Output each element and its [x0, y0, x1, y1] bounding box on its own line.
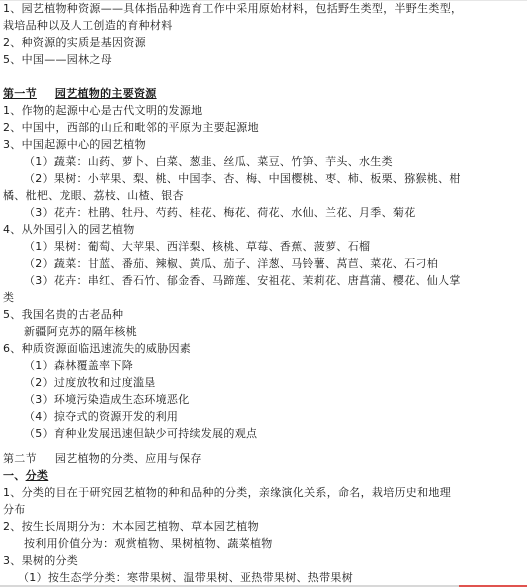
- s1-item-5: 5、我国名贵的古老品种: [3, 306, 123, 323]
- intro-line-1: 1、园艺植物种资源——具体指品种选育工作中采用原始材料，包括野生类型，半野生类型…: [3, 0, 462, 17]
- s1-item-6-4: （4）掠夺式的资源开发的利用: [24, 408, 178, 425]
- section1-heading-num: 第一节: [3, 87, 37, 100]
- intro-line-1-cont: 栽培品种以及人工创造的育种材料: [3, 17, 173, 34]
- s1-item-5-1: 新疆阿克苏的隔年核桃: [24, 323, 137, 340]
- s1-item-4-1: （1）果树：葡萄、大苹果、西洋梨、核桃、草莓、香蕉、菠萝、石榴: [24, 238, 370, 255]
- intro-line-3: 5、中国——园林之母: [3, 51, 112, 68]
- s2-item-2: 2、按生长周期分为：木本园艺植物、草本园艺植物: [3, 518, 259, 535]
- s1-item-1: 1、作物的起源中心是古代文明的发源地: [3, 102, 202, 119]
- section2-subheading: 一、分类: [3, 467, 48, 484]
- s1-item-6-5: （5）育种业发展迅速但缺少可持续发展的观点: [24, 425, 257, 442]
- s2-item-2-b: 按利用价值分为：观赏植物、果树植物、蔬菜植物: [24, 535, 273, 552]
- s2-item-3-1: （1）按生态学分类：寒带果树、温带果树、亚热带果树、热带果树: [18, 569, 353, 586]
- s1-item-2: 2、中国中，西部的山丘和毗邻的平原为主要起源地: [3, 119, 259, 136]
- s1-item-4: 4、从外国引入的园艺植物: [3, 221, 135, 238]
- s1-item-4-2: （2）蔬菜：甘蓝、番茄、辣椒、黄瓜、茄子、洋葱、马铃薯、莴苣、菜花、石刁柏: [24, 255, 438, 272]
- s2-item-3: 3、果树的分类: [3, 552, 78, 569]
- s1-item-3: 3、中国起源中心的园艺植物: [3, 136, 146, 153]
- section2-heading: 第二节园艺植物的分类、应用与保存: [3, 450, 202, 467]
- s1-item-3-3: （3）花卉：杜鹃、牡丹、芍药、桂花、梅花、荷花、水仙、兰花、月季、菊花: [24, 204, 416, 221]
- intro-line-2: 2、种资源的实质是基因资源: [3, 34, 146, 51]
- section1-heading-title: 园艺植物的主要资源: [55, 87, 157, 100]
- s1-item-4-3: （3）花卉：串红、香石竹、郁金香、马蹄莲、安祖花、茉莉花、唐菖蒲、樱花、仙人掌: [24, 272, 461, 289]
- s1-item-4-3-cont: 类: [3, 289, 14, 306]
- s1-item-6: 6、种质资源面临迅速流失的威胁因素: [3, 340, 191, 357]
- section1-heading: 第一节园艺植物的主要资源: [3, 85, 157, 102]
- s1-item-3-2: （2）果树：小苹果、梨、桃、中国李、杏、梅、中国樱桃、枣、柿、板栗、猕猴桃、柑: [24, 170, 461, 187]
- subheading-title: 分类: [26, 469, 49, 482]
- s2-item-1-cont: 分布: [3, 501, 26, 518]
- s1-item-3-1: （1）蔬菜：山药、萝卜、白菜、葱韭、丝瓜、菜豆、竹笋、芋头、水生类: [24, 153, 393, 170]
- s1-item-6-3: （3）环境污染造成生态环境恶化: [24, 391, 190, 408]
- subheading-prefix: 一、: [3, 469, 26, 482]
- s1-item-3-2-cont: 橘、枇杷、龙眼、荔枝、山楂、银杏: [3, 187, 184, 204]
- s1-item-6-1: （1）森林覆盖率下降: [24, 357, 133, 374]
- s2-item-1: 1、分类的目在于研究园艺植物的种和品种的分类，亲缘演化关系，命名，栽培历史和地理: [3, 484, 451, 501]
- section2-heading-title: 园艺植物的分类、应用与保存: [55, 452, 202, 465]
- s1-item-6-2: （2）过度放牧和过度滥垦: [24, 374, 156, 391]
- section2-heading-num: 第二节: [3, 452, 37, 465]
